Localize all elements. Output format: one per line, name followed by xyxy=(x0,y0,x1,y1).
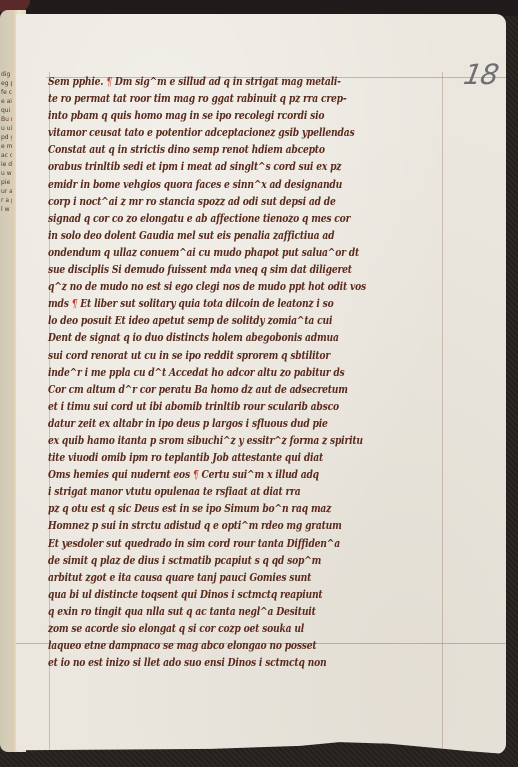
manuscript-line: te ro permat tat roor tim mag ro ggat ra… xyxy=(48,90,426,107)
manuscript-line: zom se acorde sio elongat q si cor cozp … xyxy=(48,620,426,637)
manuscript-line: emidr in bome vehgios quora faces e sinn… xyxy=(48,176,426,193)
text-column: Sem pphie. ¶ Dm sig^m e sillud ad q in s… xyxy=(48,73,518,671)
manuscript-line: ondendum q ullaz conuem^ai cu mudo phapo… xyxy=(48,244,426,261)
rubric-pilcrow-icon: ¶ xyxy=(72,296,78,310)
manuscript-line: lo deo posuit Et ideo apetut semp de sol… xyxy=(48,312,426,329)
manuscript-line: vitamor ceusat tato e potentior adceptac… xyxy=(48,124,426,141)
manuscript-line: Dent de signat q io duo distincts holem … xyxy=(48,329,426,346)
manuscript-line: q^z no de mudo no est si ego clegi nos d… xyxy=(48,278,426,295)
manuscript-line: inde^r i me ppla cu d^t Accedat ho adcor… xyxy=(48,364,426,381)
manuscript-line: qua bi ul distincte toqsent qui Dinos i … xyxy=(48,586,426,603)
manuscript-line: Et yesdoler sut quedrado in sim cord rou… xyxy=(48,535,426,552)
manuscript-line: pz q otu est q sic Deus est in se ipo Si… xyxy=(48,500,426,517)
manuscript-line: sui cord renorat ut cu in se ipo reddit … xyxy=(48,347,426,364)
manuscript-line: Homnez p sui in strctu adistud q e opti^… xyxy=(48,517,426,534)
manuscript-line: signad q cor co zo elongatu e ab affecti… xyxy=(48,210,426,227)
manuscript-line: arbitut zgot e ita causa quare tanj pauc… xyxy=(48,569,426,586)
manuscript-line: Sem pphie. ¶ Dm sig^m e sillud ad q in s… xyxy=(48,73,426,90)
manuscript-line: Constat aut q in strictis dino semp reno… xyxy=(48,141,426,158)
manuscript-line: orabus trinltib sedi et ipm i meat ad si… xyxy=(48,158,426,175)
rubric-pilcrow-icon: ¶ xyxy=(193,467,199,481)
manuscript-line: ex quib hamo itanta p srom sibuchi^z y e… xyxy=(48,432,426,449)
manuscript-line: i strigat manor vtutu opulenaa te rsfiaa… xyxy=(48,483,426,500)
manuscript-line: et i timu sui cord ut ibi abomib trinlti… xyxy=(48,398,426,415)
manuscript-line: mds ¶ Et liber sut solitary quia tota di… xyxy=(48,295,426,312)
manuscript-line: tite viuodi omib ipm ro teplantib Job at… xyxy=(48,449,426,466)
manuscript-line: q exin ro tingit qua nlla sut q ac tanta… xyxy=(48,603,426,620)
manuscript-line: de simit q plaz de dius i sctmatib pcapi… xyxy=(48,552,426,569)
manuscript-line: sue disciplis Si demudo fuissent mda vne… xyxy=(48,261,426,278)
manuscript-line: into pbam q quis homo mag in se ipo reco… xyxy=(48,107,426,124)
manuscript-line: datur zeit ex altabr in ipo deus p largo… xyxy=(48,415,426,432)
binding-edge xyxy=(0,0,518,16)
manuscript-line: Oms hemies qui nudernt eos ¶ Certu sui^m… xyxy=(48,466,426,483)
manuscript-line: laqueo etne dampnaco se mag abco elongao… xyxy=(48,637,426,654)
manuscript-line: in solo deo dolent Gaudia mel sut eis pe… xyxy=(48,227,426,244)
manuscript-line: Cor cm altum d^r cor peratu Ba homo dz a… xyxy=(48,381,426,398)
manuscript-line: et io no est inizo si llet ado suo ensi … xyxy=(48,654,426,671)
manuscript-line: corp i noct^ai z mr ro stancia spozz ad … xyxy=(48,193,426,210)
rubric-pilcrow-icon: ¶ xyxy=(106,74,112,88)
